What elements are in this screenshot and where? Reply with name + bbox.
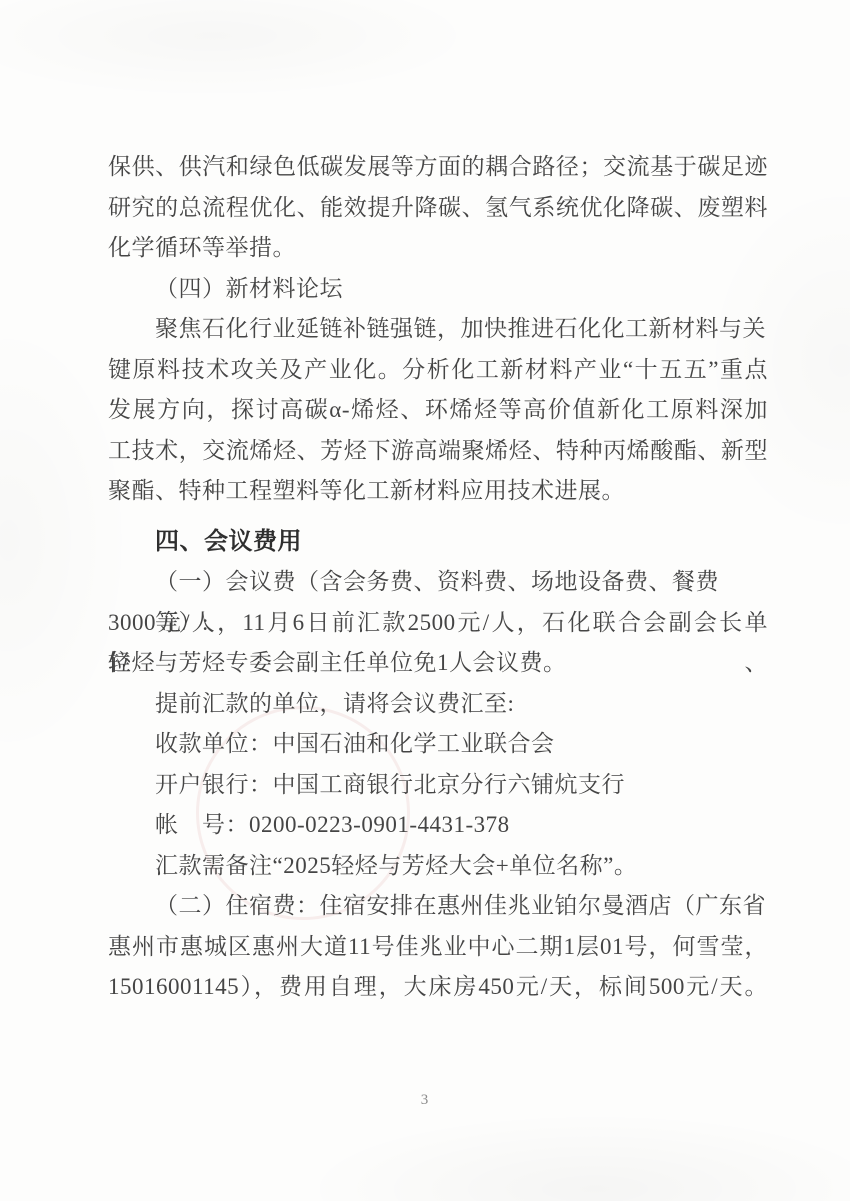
- text-line: 保供、供汽和绿色低碳发展等方面的耦合路径；交流基于碳足迹: [108, 147, 768, 188]
- text-line: （四）新材料论坛: [108, 269, 768, 310]
- text-line: 工技术，交流烯烃、芳烃下游高端聚烯烃、特种丙烯酸酯、新型: [108, 431, 768, 472]
- text-line: 键原料技术攻关及产业化。分析化工新材料产业“十五五”重点: [108, 350, 768, 391]
- text-line: 开户银行：中国工商银行北京分行六铺炕支行: [108, 765, 768, 806]
- text-line: 15016001145），费用自理，大床房450元/天，标间500元/天。: [108, 967, 768, 1008]
- text-line: 聚酯、特种工程塑料等化工新材料应用技术进展。: [108, 471, 768, 512]
- text-line: 发展方向，探讨高碳α-烯烃、环烯烃等高价值新化工原料深加: [108, 390, 768, 431]
- text-line: 帐 号：0200-0223-0901-4431-378: [108, 805, 768, 846]
- text-line: 聚焦石化行业延链补链强链，加快推进石化化工新材料与关: [108, 309, 768, 350]
- text-line: （二）住宿费：住宿安排在惠州佳兆业铂尔曼酒店（广东省: [108, 886, 768, 927]
- document-body: 保供、供汽和绿色低碳发展等方面的耦合路径；交流基于碳足迹研究的总流程优化、能效提…: [108, 147, 768, 1008]
- text-line: 3000元/人，11月6日前汇款2500元/人，石化联合会副会长单位、: [108, 603, 768, 644]
- scanned-document-page: 保供、供汽和绿色低碳发展等方面的耦合路径；交流基于碳足迹研究的总流程优化、能效提…: [0, 0, 850, 1201]
- text-line: 提前汇款的单位，请将会议费汇至:: [108, 684, 768, 725]
- text-line: 惠州市惠城区惠州大道11号佳兆业中心二期1层01号，何雪莹，: [108, 927, 768, 968]
- text-line: 汇款需备注“2025轻烃与芳烃大会+单位名称”。: [108, 846, 768, 887]
- section-heading: 四、会议费用: [108, 522, 768, 563]
- text-line: 化学循环等举措。: [108, 228, 768, 269]
- text-line: （一）会议费（含会务费、资料费、场地设备费、餐费等）:: [108, 562, 768, 603]
- text-line: 收款单位：中国石油和化学工业联合会: [108, 724, 768, 765]
- page-number: 3: [0, 1092, 850, 1109]
- text-line: 研究的总流程优化、能效提升降碳、氢气系统优化降碳、废塑料: [108, 188, 768, 229]
